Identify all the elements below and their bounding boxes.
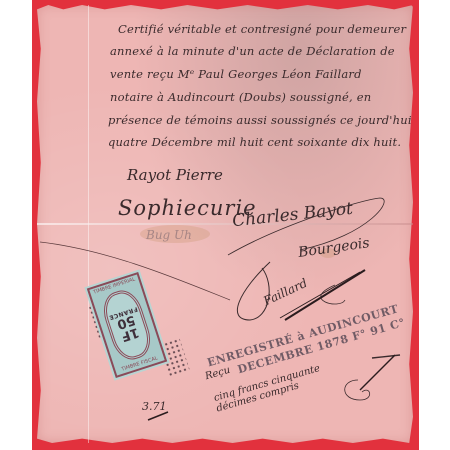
body-line-6: quatre Décembre mil huit cent soixante d… [108,135,401,149]
body-line-5: présence de témoins aussi soussignés ce … [108,113,412,127]
body-line-4: notaire à Audincourt (Doubs) soussigné, … [110,90,371,104]
body-line-2: annexé à la minute d'un acte de Déclarat… [110,44,395,58]
signature-faint: Bug Uh [146,228,192,242]
horizontal-fold-line [37,223,413,225]
signature-rayot-pierre: Rayot Pierre [127,166,223,184]
body-line-3: vente reçu Mᵉ Paul Georges Léon Faillard [110,67,362,81]
body-line-1: Certifié véritable et contresigné pour d… [118,22,406,36]
margin-note: 3.71 [142,400,167,413]
